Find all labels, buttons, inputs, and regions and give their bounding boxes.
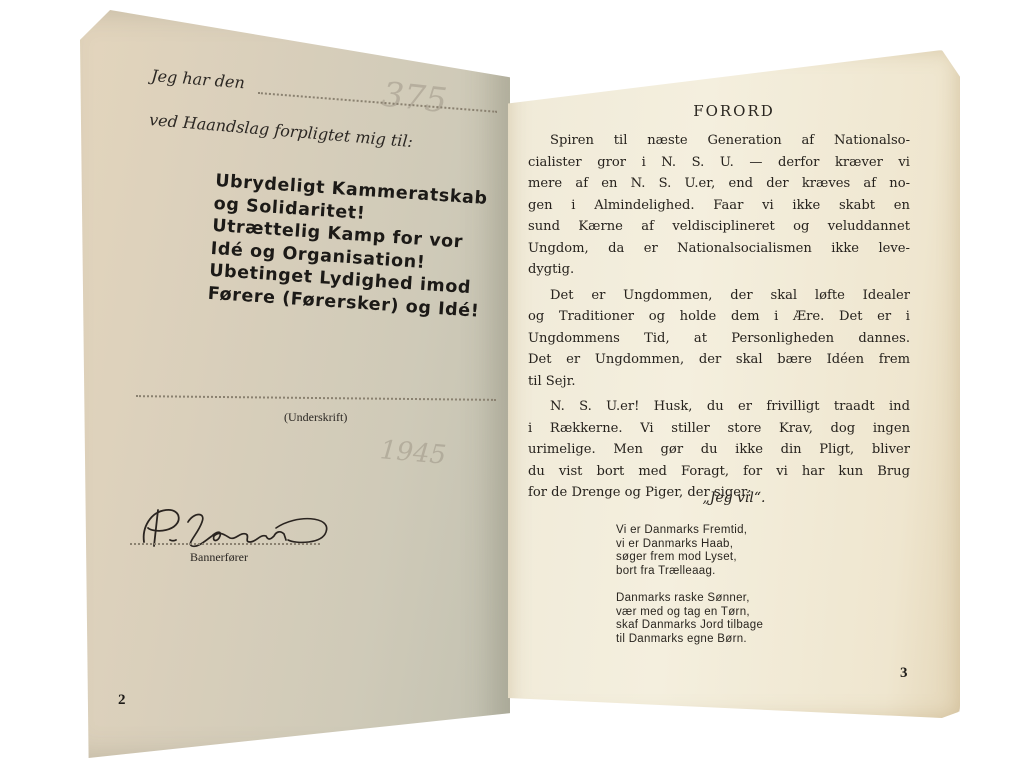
verse-line: til Danmarks egne Børn. [616, 633, 763, 647]
open-booklet: 375 1945 Jeg har den ved Haandslag forpl… [0, 0, 1024, 768]
text-line: til Sejr. [528, 371, 910, 393]
text-line: i Rækkerne. Vi stiller store Krav, dog i… [528, 418, 910, 440]
text-line: Ungdom, da er Nationalsocialismen ikke l… [528, 238, 910, 260]
verse-line: Vi er Danmarks Fremtid, [616, 524, 763, 538]
text-line: urimelige. Men gør du ikke din Pligt, bl… [528, 439, 910, 461]
text-line: Spiren til næste Generation af Nationals… [528, 130, 910, 152]
text-line: Ungdommens Tid, at Personligheden dannes… [528, 328, 910, 350]
text-line: du vist bort med Foragt, for vi har kun … [528, 461, 910, 483]
leader-dotted-line [130, 543, 320, 545]
verse-line: Danmarks raske Sønner, [616, 592, 763, 606]
text-line: N. S. U.er! Husk, du er frivilligt traad… [528, 396, 910, 418]
dotted-line-date [258, 92, 497, 113]
fill-line-pledge-label: ved Haandslag forpligtet mig til: [148, 110, 413, 151]
signature-dotted-line [136, 395, 496, 401]
verse-line: søger frem mod Lyset, [616, 551, 763, 565]
fill-line-date-label: Jeg har den [151, 66, 246, 92]
verse-line: skaf Danmarks Jord tilbage [616, 619, 763, 633]
pencil-date-year: 1945 [379, 435, 448, 471]
page-number-right: 3 [900, 665, 908, 682]
paragraph: N. S. U.er! Husk, du er frivilligt traad… [528, 396, 910, 504]
signature-label: (Underskrift) [284, 410, 347, 425]
verse-line: bort fra Trælleaag. [616, 565, 763, 579]
text-line: Det er Ungdommen, der skal bære Idéen fr… [528, 349, 910, 371]
paragraph: Det er Ungdommen, der skal løfte Idealer… [528, 285, 910, 393]
text-line: mere af en N. S. U.er, end der kræves af… [528, 173, 910, 195]
motto: „Jeg vil“. [508, 490, 960, 506]
text-line: cialister gror i N. S. U. — derfor kræve… [528, 152, 910, 174]
page-number-left: 2 [118, 692, 126, 709]
leader-label: Bannerfører [190, 550, 248, 565]
left-page: 375 1945 Jeg har den ved Haandslag forpl… [80, 10, 510, 758]
text-line: Det er Ungdommen, der skal løfte Idealer [528, 285, 910, 307]
text-line: og Traditioner og holde dem i Ære. Det e… [528, 306, 910, 328]
verse-line: vi er Danmarks Haab, [616, 538, 763, 552]
text-line: sund Kærne af veldisciplineret og veludd… [528, 216, 910, 238]
page-title: FORORD [508, 102, 960, 120]
right-page: FORORD Spiren til næste Generation af Na… [508, 50, 960, 718]
text-line: gen i Almindelighed. Faar vi ikke skabt … [528, 195, 910, 217]
pledge-text: Ubrydeligt Kammeratskab og Solidaritet! … [207, 170, 505, 324]
verse: Vi er Danmarks Fremtid, vi er Danmarks H… [616, 524, 763, 646]
pencil-number: 375 [380, 75, 449, 122]
verse-line: vær med og tag en Tørn, [616, 606, 763, 620]
text-line: dygtig. [528, 259, 910, 281]
paragraph: Spiren til næste Generation af Nationals… [528, 130, 910, 281]
foreword-body: Spiren til næste Generation af Nationals… [528, 130, 910, 504]
